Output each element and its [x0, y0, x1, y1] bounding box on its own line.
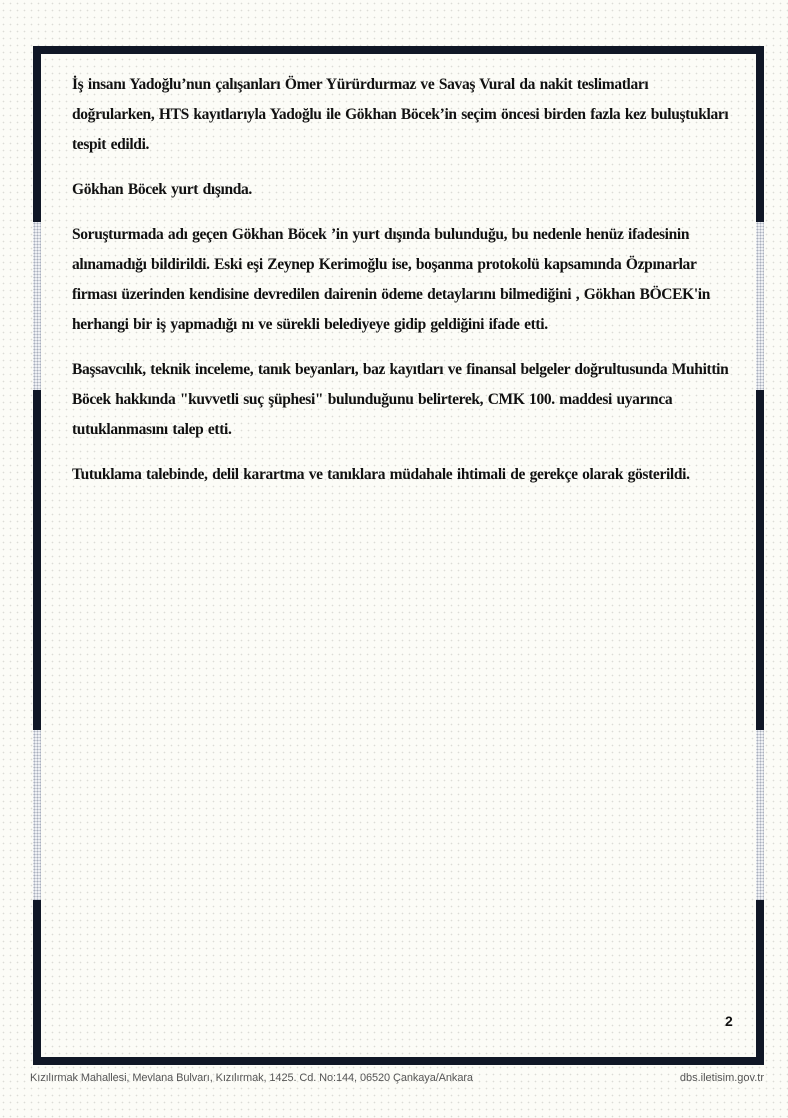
footer-address: Kızılırmak Mahallesi, Mevlana Bulvarı, K… [30, 1072, 473, 1084]
page-frame-right [756, 390, 764, 730]
page-frame-right-gap [756, 730, 764, 900]
paragraph: Soruşturmada adı geçen Gökhan Böcek ’in … [72, 220, 732, 340]
paragraph: Başsavcılık, teknik inceleme, tanık beya… [72, 355, 732, 445]
page-frame-left [33, 46, 41, 222]
document-body: İş insanı Yadoğlu’nun çalışanları Ömer Y… [72, 70, 732, 505]
page-frame-left-gap [33, 222, 41, 390]
page-frame-left [33, 390, 41, 730]
paragraph: Tutuklama talebinde, delil karartma ve t… [72, 460, 732, 490]
footer-website-link[interactable]: dbs.iletisim.gov.tr [680, 1072, 764, 1084]
page-frame-bottom [33, 1057, 764, 1065]
page-frame-right-gap [756, 222, 764, 390]
page-frame-left [33, 900, 41, 1065]
page-number: 2 [725, 1013, 733, 1029]
page-frame-top [33, 46, 764, 54]
paragraph: İş insanı Yadoğlu’nun çalışanları Ömer Y… [72, 70, 732, 160]
page-frame-left-gap [33, 730, 41, 900]
section-heading: Gökhan Böcek yurt dışında. [72, 175, 732, 205]
page-frame-right [756, 46, 764, 222]
page-frame-right [756, 900, 764, 1065]
